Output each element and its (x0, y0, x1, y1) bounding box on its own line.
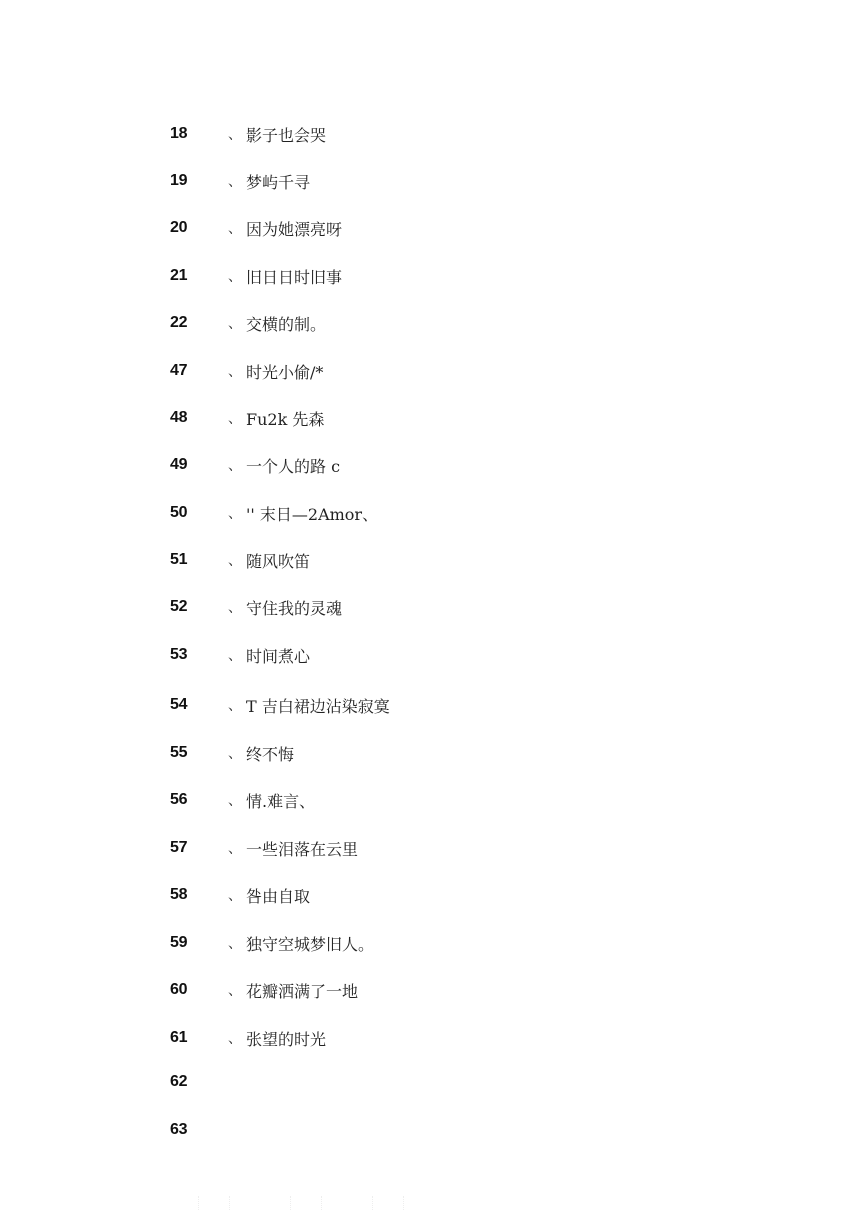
list-item: 57、一些泪落在云里 (170, 836, 358, 860)
list-item: 56、 情.难言、 (170, 788, 315, 812)
list-item-text: T 吉白裙边沾染寂寞 (246, 694, 390, 717)
list-item-number: 51 (170, 551, 228, 569)
list-item-text: 因为她漂亮呀 (246, 217, 342, 240)
list-item-separator: 、 (228, 980, 246, 1000)
list-item-separator: 、 (228, 743, 246, 763)
list-item-separator: 、 (228, 361, 246, 381)
list-item: 49、一个人的路 c (170, 453, 340, 477)
list-item: 22、交横的制。 (170, 311, 326, 335)
list-item: 63 (170, 1118, 246, 1142)
list-item-text: '' 末日—2Amor、 (246, 502, 378, 525)
list-item-number: 50 (170, 504, 228, 522)
list-item-text: 张望的时光 (246, 1027, 326, 1050)
list-item-separator: 、 (228, 218, 246, 238)
list-item-text: 终不悔 (246, 742, 294, 765)
list-item: 61、张望的时光 (170, 1026, 326, 1050)
list-item-number: 57 (170, 839, 228, 857)
list-item-number: 55 (170, 744, 228, 762)
faint-footer-mark (290, 1196, 322, 1210)
list-item-separator: 、 (228, 885, 246, 905)
list-item-separator: 、 (228, 408, 246, 428)
list-item: 62 (170, 1070, 246, 1094)
list-item-text: 独守空城梦旧人。 (246, 932, 374, 955)
list-item-number: 52 (170, 598, 228, 616)
list-item: 55、终不悔 (170, 741, 294, 765)
list-item: 50、'' 末日—2Amor、 (170, 501, 378, 525)
list-item-number: 61 (170, 1029, 228, 1047)
list-item: 47、时光小偷/* (170, 359, 323, 383)
faint-footer-mark (372, 1196, 404, 1210)
list-item-number: 58 (170, 886, 228, 904)
list-item-number: 62 (170, 1073, 228, 1091)
list-item-text: 一些泪落在云里 (246, 837, 358, 860)
list-item-separator: 、 (228, 266, 246, 286)
list-item-number: 54 (170, 696, 228, 714)
list-item-text: 影子也会哭 (246, 123, 326, 146)
list-item-number: 59 (170, 934, 228, 952)
list-item: 58、咎由自取 (170, 883, 310, 907)
list-item: 18、影子也会哭 (170, 122, 326, 146)
list-item-separator: 、 (228, 124, 246, 144)
list-item-number: 48 (170, 409, 228, 427)
list-item-text: 一个人的路 c (246, 454, 340, 477)
list-item-separator: 、 (228, 313, 246, 333)
list-item: 52、守住我的灵魂 (170, 595, 342, 619)
list-item-number: 47 (170, 362, 228, 380)
document-page: 18、影子也会哭19、梦屿千寻20、因为她漂亮呀21、旧日日时旧事22、交横的制… (0, 0, 860, 1218)
list-item-separator: 、 (228, 597, 246, 617)
list-item-separator: 、 (228, 550, 246, 570)
list-item-separator: 、 (228, 790, 246, 810)
list-item: 60、花瓣洒满了一地 (170, 978, 358, 1002)
list-item: 51、随风吹笛 (170, 548, 310, 572)
list-item-text: 交横的制。 (246, 312, 326, 335)
list-item-separator: 、 (228, 645, 246, 665)
list-item: 54、T 吉白裙边沾染寂寞 (170, 693, 390, 717)
list-item-number: 63 (170, 1121, 228, 1139)
list-item: 53、时间煮心 (170, 643, 310, 667)
list-item-number: 21 (170, 267, 228, 285)
list-item-separator: 、 (228, 455, 246, 475)
list-item: 59、独守空城梦旧人。 (170, 931, 374, 955)
list-item-text: 旧日日时旧事 (246, 265, 342, 288)
list-item-number: 19 (170, 172, 228, 190)
list-item-separator: 、 (228, 695, 246, 715)
list-item-number: 18 (170, 125, 228, 143)
list-item-text: 梦屿千寻 (246, 170, 310, 193)
list-item: 19、梦屿千寻 (170, 169, 310, 193)
list-item-text: 情.难言、 (246, 789, 315, 812)
list-item: 20、因为她漂亮呀 (170, 216, 342, 240)
list-item-number: 20 (170, 219, 228, 237)
list-item-text: 咎由自取 (246, 884, 310, 907)
list-item-separator: 、 (228, 838, 246, 858)
list-item-separator: 、 (228, 171, 246, 191)
list-item-separator: 、 (228, 1028, 246, 1048)
list-item-separator: 、 (228, 503, 246, 523)
list-item-text: 守住我的灵魂 (246, 596, 342, 619)
list-item-number: 56 (170, 791, 228, 809)
list-item-number: 53 (170, 646, 228, 664)
list-item: 21、旧日日时旧事 (170, 264, 342, 288)
list-item-text: 花瓣洒满了一地 (246, 979, 358, 1002)
list-item-text: Fu2k 先森 (246, 407, 324, 430)
list-item-text: 时光小偷/* (246, 360, 323, 383)
list-item-separator: 、 (228, 933, 246, 953)
list-item-text: 时间煮心 (246, 644, 310, 667)
list-item-number: 49 (170, 456, 228, 474)
list-item-number: 22 (170, 314, 228, 332)
list-item-number: 60 (170, 981, 228, 999)
list-item-text: 随风吹笛 (246, 549, 310, 572)
list-item: 48、Fu2k 先森 (170, 406, 324, 430)
faint-footer-mark (198, 1196, 230, 1210)
